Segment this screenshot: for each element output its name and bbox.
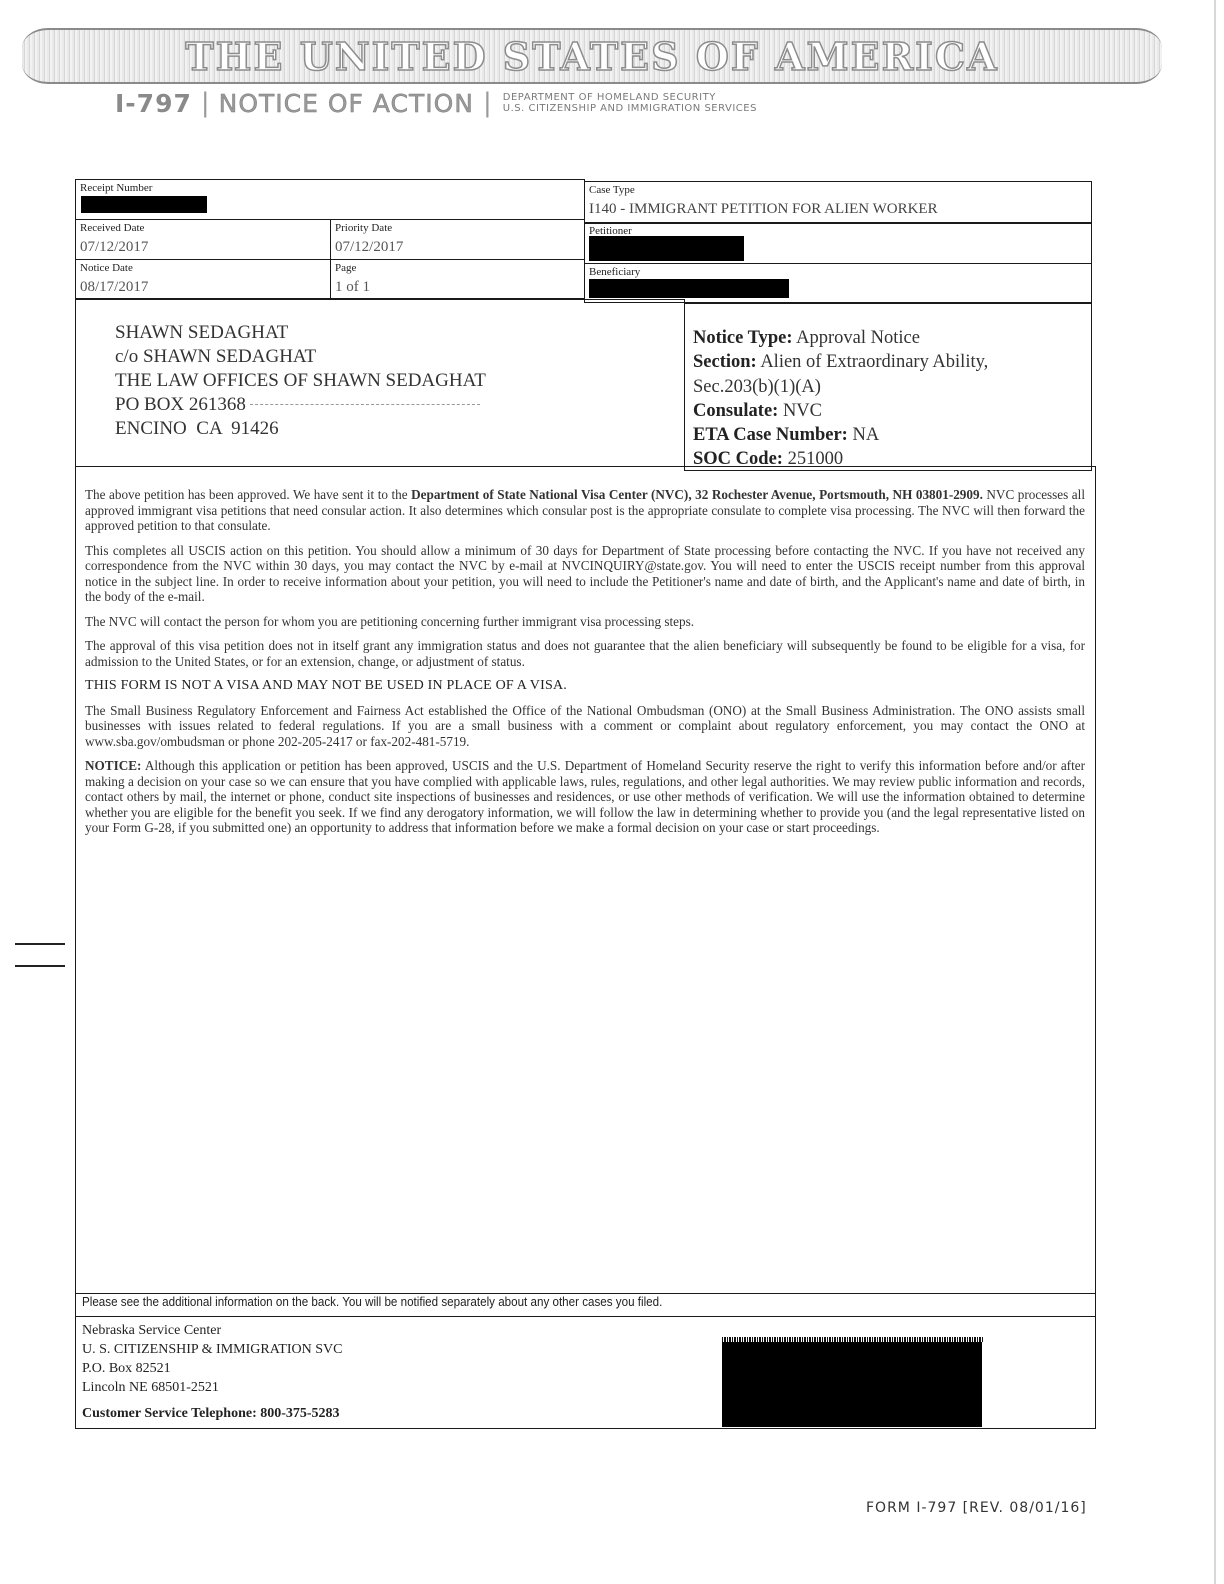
paragraph-ombudsman: The Small Business Regulatory Enforcemen… bbox=[85, 703, 1085, 750]
paragraph-uscis-action: This completes all USCIS action on this … bbox=[85, 543, 1085, 605]
notice-info: Notice Type: Approval Notice Section: Al… bbox=[693, 326, 988, 472]
beneficiary-field: Beneficiary bbox=[584, 263, 1092, 303]
receipt-number-field: Receipt Number bbox=[75, 179, 585, 220]
address-line: U. S. CITIZENSHIP & IMMIGRATION SVC bbox=[82, 1340, 342, 1359]
separator: | bbox=[201, 88, 210, 118]
address-line: Nebraska Service Center bbox=[82, 1321, 342, 1340]
field-label: Page bbox=[335, 262, 356, 274]
received-date-field: Received Date 07/12/2017 bbox=[75, 219, 331, 260]
field-value: 07/12/2017 bbox=[335, 239, 403, 256]
consulate: Consulate: NVC bbox=[693, 399, 988, 423]
paragraph-approval-status: The approval of this visa petition does … bbox=[85, 638, 1085, 669]
field-label: Beneficiary bbox=[589, 266, 640, 278]
agency-line-1: DEPARTMENT OF HOMELAND SECURITY bbox=[503, 92, 716, 103]
additional-info-note: Please see the additional information on… bbox=[82, 1295, 662, 1309]
address-line: c/o SHAWN SEDAGHAT bbox=[115, 345, 486, 369]
mailing-address: SHAWN SEDAGHAT c/o SHAWN SEDAGHAT THE LA… bbox=[115, 321, 486, 441]
redaction-bar bbox=[589, 236, 744, 261]
address-line: ENCINO CA 91426 bbox=[115, 417, 486, 441]
notice-date-field: Notice Date 08/17/2017 bbox=[75, 259, 331, 299]
paragraph-nvc: The above petition has been approved. We… bbox=[85, 487, 1085, 534]
banner-text: THE UNITED STATES OF AMERICA bbox=[185, 34, 998, 79]
field-label: Priority Date bbox=[335, 222, 392, 234]
agency-line-2: U.S. CITIZENSHIP AND IMMIGRATION SERVICE… bbox=[503, 103, 757, 114]
field-label: Notice Date bbox=[80, 262, 133, 274]
field-label: Receipt Number bbox=[80, 182, 152, 194]
separator: | bbox=[483, 88, 492, 118]
document-title: NOTICE OF ACTION bbox=[219, 89, 474, 118]
field-value: 07/12/2017 bbox=[80, 239, 148, 256]
redaction-block bbox=[722, 1342, 982, 1427]
field-label: Received Date bbox=[80, 222, 144, 234]
address-line: P.O. Box 82521 bbox=[82, 1359, 342, 1378]
field-value: 1 of 1 bbox=[335, 279, 370, 296]
redaction-bar bbox=[589, 279, 789, 298]
form-header: I-797 | NOTICE OF ACTION | DEPARTMENT OF… bbox=[115, 88, 757, 118]
address-line: THE LAW OFFICES OF SHAWN SEDAGHAT bbox=[115, 369, 486, 393]
form-id: I-797 bbox=[115, 89, 192, 118]
section-code: Sec.203(b)(1)(A) bbox=[693, 375, 988, 399]
petitioner-field: Petitioner bbox=[584, 222, 1092, 264]
service-center-address: Nebraska Service Center U. S. CITIZENSHI… bbox=[82, 1321, 342, 1397]
address-line: SHAWN SEDAGHAT bbox=[115, 321, 486, 345]
section: Section: Alien of Extraordinary Ability, bbox=[693, 350, 988, 374]
scan-edge bbox=[1214, 0, 1216, 1584]
eta-case-number: ETA Case Number: NA bbox=[693, 423, 988, 447]
priority-date-field: Priority Date 07/12/2017 bbox=[330, 219, 585, 260]
paragraph-verification-notice: NOTICE: Although this application or pet… bbox=[85, 758, 1085, 836]
notice-body: The above petition has been approved. We… bbox=[85, 487, 1085, 845]
customer-service-phone: Customer Service Telephone: 800-375-5283 bbox=[82, 1406, 340, 1422]
banner: THE UNITED STATES OF AMERICA bbox=[22, 28, 1162, 84]
address-line: Lincoln NE 68501-2521 bbox=[82, 1378, 342, 1397]
case-type-field: Case Type I140 - IMMIGRANT PETITION FOR … bbox=[584, 181, 1092, 224]
redaction-bar bbox=[81, 196, 207, 213]
form-revision: FORM I-797 [REV. 08/01/16] bbox=[866, 1500, 1087, 1516]
paragraph-nvc-contact: The NVC will contact the person for whom… bbox=[85, 614, 1085, 630]
field-value: 08/17/2017 bbox=[80, 279, 148, 296]
page-field: Page 1 of 1 bbox=[330, 259, 585, 299]
margin-mark bbox=[15, 943, 65, 945]
notice-type: Notice Type: Approval Notice bbox=[693, 326, 988, 350]
field-label: Case Type bbox=[589, 184, 635, 196]
not-a-visa-warning: THIS FORM IS NOT A VISA AND MAY NOT BE U… bbox=[85, 678, 1085, 694]
field-value: I140 - IMMIGRANT PETITION FOR ALIEN WORK… bbox=[589, 201, 938, 218]
scan-artifact bbox=[250, 404, 480, 406]
margin-mark bbox=[15, 965, 65, 967]
agency-name: DEPARTMENT OF HOMELAND SECURITY U.S. CIT… bbox=[503, 92, 757, 114]
